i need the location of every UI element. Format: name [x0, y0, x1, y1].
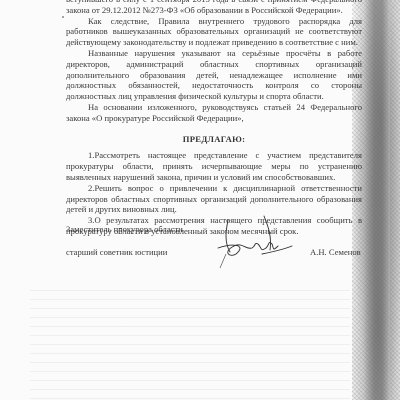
signer-rank: старший советник юстиции	[66, 247, 167, 258]
handwritten-signature-icon	[206, 212, 296, 272]
scan-speck	[62, 16, 64, 18]
paragraph-basis: На основании изложенного, руководствуясь…	[66, 102, 362, 124]
paragraph-violations: Названные нарушения указывают на серьёзн…	[66, 48, 362, 102]
paragraph-consequence: Как следствие, Правила внутреннего трудо…	[66, 16, 362, 48]
proposal-item-1: 1.Рассмотреть настоящее представление с …	[66, 150, 362, 182]
proposal-item-2: 2.Решить вопрос о привлечении к дисципли…	[66, 183, 362, 215]
paragraph-law-reference: вступившего в силу с 1 сентября 2013 год…	[66, 0, 362, 16]
section-heading: ПРЕДЛАГАЮ:	[66, 134, 362, 145]
signer-name: А.Н. Семенов	[310, 247, 361, 258]
scanned-document-page: вступившего в силу с 1 сентября 2013 год…	[0, 0, 400, 400]
bleed-through-lines	[30, 290, 350, 400]
document-body: вступившего в силу с 1 сентября 2013 год…	[66, 0, 362, 237]
scan-edge-shadow-strip	[364, 0, 390, 400]
signer-position: Заместитель прокурора области	[66, 224, 183, 235]
